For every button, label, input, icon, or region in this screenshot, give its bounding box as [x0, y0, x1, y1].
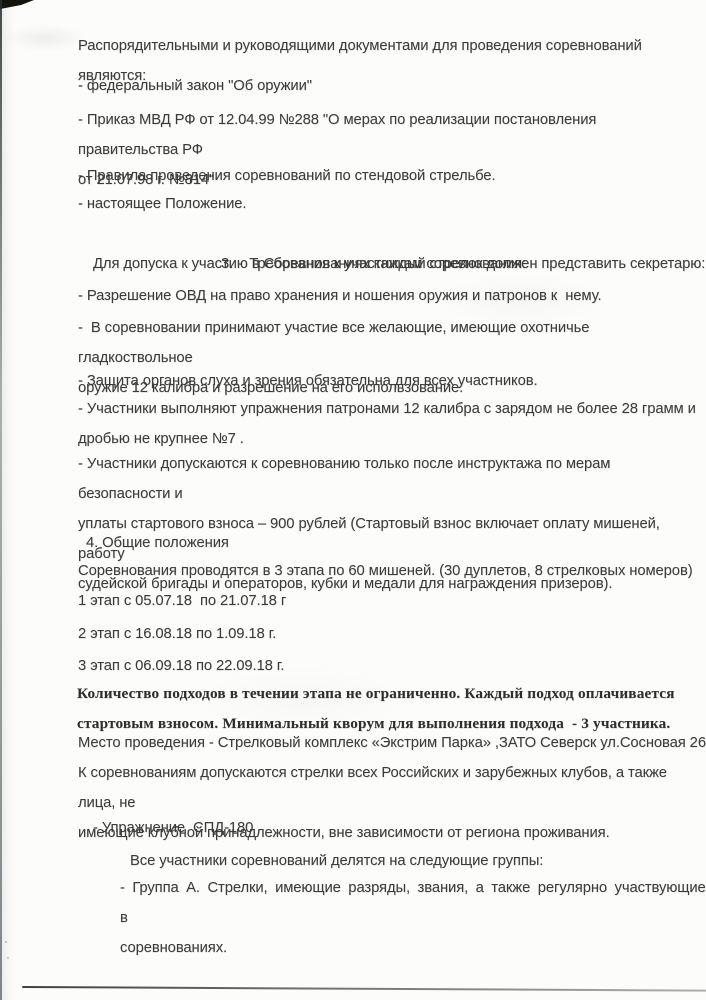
- scan-speck-artifact: [3, 938, 11, 964]
- paragraph-rules: - Правила проведения соревнований по сте…: [78, 161, 495, 191]
- paragraph-federal-law: - федеральный закон "Об оружии": [78, 71, 312, 101]
- paragraph-stage-3: 3 этап с 06.09.18 по 22.09.18 г.: [78, 651, 284, 681]
- paragraph-ovd-permit: - Разрешение ОВД на право хранения и нош…: [78, 281, 601, 311]
- paragraph-admission-intro: Для допуска к участию в Соревнованиях ка…: [93, 249, 705, 279]
- paragraph-stage-2: 2 этап с 16.08.18 по 1.09.18 г.: [78, 619, 276, 649]
- paragraph-groups-intro: Все участники соревнований делятся на сл…: [130, 846, 543, 876]
- scanned-document-page: Распорядительными и руководящими докумен…: [0, 0, 706, 1000]
- paragraph-venue: Место проведения - Стрелковый комплекс «…: [78, 728, 706, 758]
- section-heading-4: 4. Общие положения: [86, 528, 229, 558]
- page-left-edge: [0, 0, 2, 1000]
- paragraph-group-a: - Группа А. Стрелки, имеющие разряды, зв…: [120, 873, 706, 963]
- paragraph-exercise: - Упражнение СПД-180: [93, 813, 253, 843]
- paragraph-stages-intro: Соревнования проводятся в 3 этапа по 60 …: [78, 556, 693, 586]
- paragraph-protection: - Защита органов слуха и зрения обязател…: [78, 366, 538, 396]
- paragraph-cartridges: - Участники выполняют упражнения патрона…: [78, 394, 696, 454]
- scan-corner-artifact: [0, 0, 34, 9]
- paragraph-this-regulation: - настоящее Положение.: [78, 189, 246, 219]
- page-bottom-edge: [22, 986, 706, 992]
- paragraph-stage-1: 1 этап с 05.07.18 по 21.07.18 г: [78, 586, 286, 616]
